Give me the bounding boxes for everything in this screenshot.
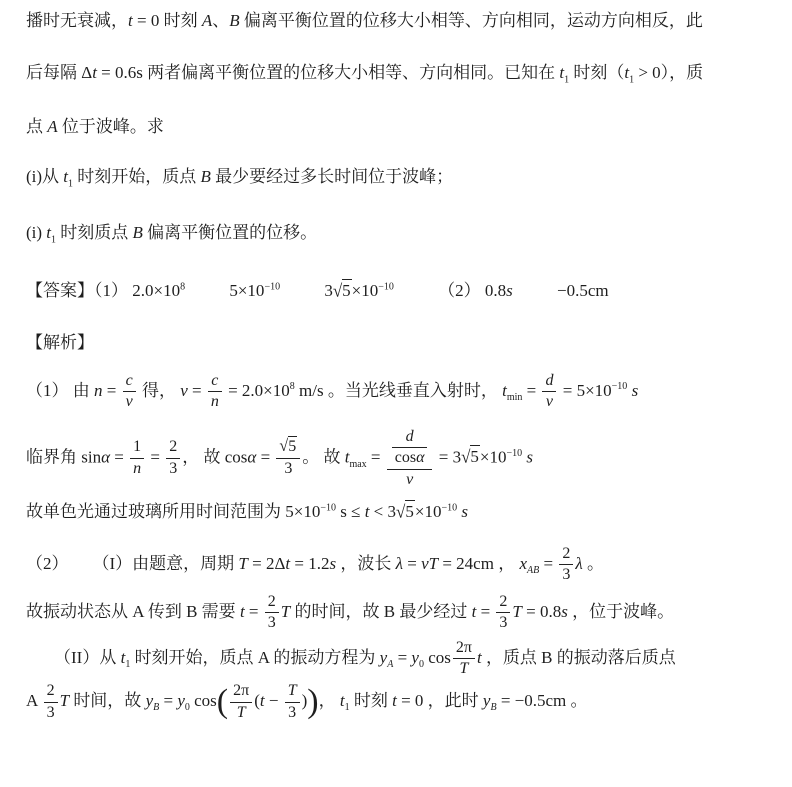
radicand: 5 xyxy=(470,445,480,466)
text-run: = xyxy=(539,554,557,573)
numerator: 2 xyxy=(265,593,279,613)
text-run: = xyxy=(522,381,540,400)
radical-sign: √ xyxy=(279,438,288,457)
document-page: 播时无衰减，t = 0 时刻 A、B 偏离平衡位置的位移大小相等、方向相同，运动… xyxy=(0,0,792,722)
answer-number-2: （2） xyxy=(438,281,481,300)
left-paren: ( xyxy=(217,683,228,720)
fraction-nested: dcosαv xyxy=(387,428,433,489)
text-run: （I）由题意，周期 xyxy=(93,554,239,573)
numerator: 2 xyxy=(496,593,510,613)
superscript: −10 xyxy=(612,381,628,392)
text-run: = 1.2 xyxy=(290,554,329,573)
fraction: √53 xyxy=(276,438,300,478)
denominator: v xyxy=(123,392,136,411)
answer-value: ×10 xyxy=(352,281,379,300)
solution-part1-line3: 故单色光通过玻璃所用时间范围为 5×10−10 s ≤ t < 3√5×10−1… xyxy=(26,499,766,525)
text-run: 时间，故 xyxy=(69,691,146,710)
text-run: 。 故 xyxy=(302,447,345,466)
radicand: 5 xyxy=(405,500,415,521)
math-var: s xyxy=(457,502,468,521)
numerator: 2π xyxy=(230,682,252,702)
fraction: T3 xyxy=(285,682,300,722)
text-run: 播时无衰减， xyxy=(26,11,128,30)
denominator: cosα xyxy=(392,448,428,467)
text-run: = xyxy=(103,381,121,400)
answer-value: −0.5cm xyxy=(557,281,609,300)
paragraph-question-i: (i)从 t1 时刻开始，质点 B 最少要经过多长时间位于波峰； xyxy=(26,164,766,190)
text-run: 故振动状态从 A 传到 B 需要 xyxy=(26,602,240,621)
text-run: m/s 。当光线垂直入射时， xyxy=(295,381,502,400)
math-var: λ xyxy=(396,554,403,573)
text-run: = xyxy=(393,647,411,666)
math-var: T xyxy=(238,554,247,573)
math-var: B xyxy=(201,167,211,186)
text-run: 时刻（ xyxy=(569,63,624,82)
numerator: d xyxy=(542,372,556,392)
denominator: T xyxy=(230,703,252,722)
text-run: = 0 时刻 xyxy=(133,11,202,30)
text-run: 时刻质点 xyxy=(56,223,133,242)
text-run: ， 故 cos xyxy=(182,447,247,466)
numerator: c xyxy=(208,372,222,392)
radicand: 5 xyxy=(288,436,297,455)
text-run: 时刻 xyxy=(350,691,393,710)
solution-part1-line2: 临界角 sinα = 1n = 23， 故 cosα = √53。 故 tmax… xyxy=(26,428,766,489)
text-run: 偏离平衡位置的位移大小相等、方向相同，运动方向相反，此 xyxy=(240,11,703,30)
numerator: dcosα xyxy=(387,428,433,470)
text-run: 最少要经过多长时间位于波峰； xyxy=(211,167,453,186)
text-run: 位于波峰。求 xyxy=(58,117,164,136)
fraction: 2πT xyxy=(230,682,252,722)
text-run: = −0.5cm 。 xyxy=(497,691,588,710)
answer-number-1: （1） xyxy=(94,281,128,300)
fraction: 23 xyxy=(166,438,180,478)
numerator: 1 xyxy=(130,438,144,458)
denominator: v xyxy=(387,470,433,489)
text-run: 的时间，故 B 最少经过 xyxy=(290,602,471,621)
numerator: 2 xyxy=(166,438,180,458)
radical-sign: √ xyxy=(396,498,405,525)
denominator: 3 xyxy=(265,613,279,632)
math-var: B xyxy=(229,11,239,30)
text-run: 点 xyxy=(26,117,47,136)
text-run: = xyxy=(367,447,385,466)
answer-value: 2.0×10 xyxy=(132,281,180,300)
math-var: y xyxy=(177,691,185,710)
numerator: 2π xyxy=(453,639,475,659)
text-run: ，位于波峰。 xyxy=(568,602,674,621)
fraction: 23 xyxy=(496,593,510,633)
text-run: = 3 xyxy=(434,447,461,466)
text-run: 时刻开始，质点 A 的振动方程为 xyxy=(130,647,379,666)
superscript: 8 xyxy=(180,281,185,292)
paragraph-2: 后每隔 Δt = 0.6s 两者偏离平衡位置的位移大小相等、方向相同。已知在 t… xyxy=(26,60,766,86)
math-var: α xyxy=(247,447,256,466)
text-run: 得， xyxy=(138,381,181,400)
math-var: s xyxy=(627,381,638,400)
math-var: s xyxy=(561,602,568,621)
math-var: A xyxy=(202,11,212,30)
math-var: n xyxy=(94,381,103,400)
radical-sign: √ xyxy=(461,444,470,471)
text-run: = xyxy=(146,447,164,466)
sqrt: √5 xyxy=(333,281,352,300)
denominator: v xyxy=(542,392,556,411)
math-var: y xyxy=(411,647,419,666)
denominator: n xyxy=(208,392,222,411)
text-run: （1） 由 xyxy=(26,381,94,400)
sqrt: √5 xyxy=(279,438,297,455)
text-run: (i)从 xyxy=(26,167,63,186)
subscript: max xyxy=(349,459,366,470)
math-var: A xyxy=(47,117,57,136)
fraction: dv xyxy=(542,372,556,412)
answer-value: 0.8 xyxy=(485,281,506,300)
text-run: 故单色光通过玻璃所用时间范围为 5×10 xyxy=(26,502,320,521)
subscript: AB xyxy=(527,565,539,576)
text-run: < 3 xyxy=(369,502,396,521)
subscript: min xyxy=(507,392,523,403)
numerator: √5 xyxy=(276,438,300,458)
math-var: v xyxy=(180,381,188,400)
radicand: 5 xyxy=(342,279,352,300)
answer-value: 5×10 xyxy=(229,281,264,300)
fraction: 1n xyxy=(130,438,144,478)
text-run: 时刻开始，质点 xyxy=(73,167,201,186)
math-var: T xyxy=(512,602,521,621)
superscript: −10 xyxy=(441,502,457,513)
answer-value: 3 xyxy=(324,281,333,300)
text-run: (i) xyxy=(26,223,46,242)
text-run: ×10 xyxy=(415,502,442,521)
numerator: c xyxy=(123,372,136,392)
paragraph-3: 点 A 位于波峰。求 xyxy=(26,114,766,140)
analysis-label: 【解析】 xyxy=(26,330,766,356)
denominator: 3 xyxy=(166,459,180,478)
fraction: 23 xyxy=(265,593,279,633)
denominator: 3 xyxy=(559,565,573,584)
text-run: 、 xyxy=(212,11,229,30)
text-run: = xyxy=(110,447,128,466)
text-run: = 0.8 xyxy=(522,602,561,621)
sqrt: √5 xyxy=(461,447,480,466)
math-var: x xyxy=(519,554,527,573)
math-var: s xyxy=(522,447,533,466)
text-run: = xyxy=(403,554,421,573)
math-var: α xyxy=(101,447,110,466)
text-run: cos xyxy=(190,691,217,710)
sqrt: √5 xyxy=(396,502,415,521)
text-run: = xyxy=(476,602,494,621)
fraction: 23 xyxy=(44,682,58,722)
denominator: n xyxy=(130,459,144,478)
radical-sign: √ xyxy=(333,277,342,304)
text-run: A xyxy=(26,691,42,710)
paragraph-question-ii: (i) t1 时刻质点 B 偏离平衡位置的位移。 xyxy=(26,220,766,246)
numerator: T xyxy=(285,682,300,702)
solution-part2-line2: 故振动状态从 A 传到 B 需要 t = 23T 的时间，故 B 最少经过 t … xyxy=(26,593,766,633)
superscript: −10 xyxy=(378,281,394,292)
paragraph-1: 播时无衰减，t = 0 时刻 A、B 偏离平衡位置的位移大小相等、方向相同，运动… xyxy=(26,8,766,34)
solution-part2-line3: （II）从 t1 时刻开始，质点 A 的振动方程为 yA = y0 cos2πT… xyxy=(54,639,766,679)
right-paren: ) xyxy=(307,683,318,720)
text-run: > 0），质 xyxy=(634,63,703,82)
math-var: s xyxy=(506,281,513,300)
fraction: cn xyxy=(208,372,222,412)
text-run: = 2Δ xyxy=(248,554,286,573)
denominator: 3 xyxy=(496,613,510,632)
answer-line: 【答案】（1） 2.0×108 5×10−10 3√5×10−10 （2） 0.… xyxy=(26,278,766,304)
solution-part2-line1: （2）（I）由题意，周期 T = 2Δt = 1.2s ，波长 λ = vT =… xyxy=(26,545,766,585)
numerator: d xyxy=(392,428,428,448)
text-run: 临界角 sin xyxy=(26,447,101,466)
text-run: = xyxy=(188,381,206,400)
fraction: cv xyxy=(123,372,136,412)
fraction: 23 xyxy=(559,545,573,585)
text-run: ×10 xyxy=(480,447,507,466)
solution-part1-line1: （1） 由 n = cv 得， v = cn = 2.0×108 m/s 。当光… xyxy=(26,372,766,412)
text-run: = 24cm ， xyxy=(438,554,519,573)
text-run: ，波长 xyxy=(336,554,396,573)
text-run: = 0.6s 两者偏离平衡位置的位移大小相等、方向相同。已知在 xyxy=(97,63,559,82)
math-var: B xyxy=(133,223,143,242)
text-run: 偏离平衡位置的位移。 xyxy=(143,223,317,242)
math-var: T xyxy=(60,691,69,710)
denominator: 3 xyxy=(44,703,58,722)
answer-label: 【答案】 xyxy=(26,281,94,300)
text-run: = xyxy=(256,447,274,466)
text-run: 后每隔 Δ xyxy=(26,63,92,82)
text-run: （2） xyxy=(26,554,69,573)
text-run: ， xyxy=(319,691,340,710)
fraction: dcosα xyxy=(392,428,428,468)
text-run: cos xyxy=(424,647,451,666)
text-run: = 2.0×10 xyxy=(224,381,290,400)
text-run: （II）从 xyxy=(54,647,121,666)
solution-part2-line4: A 23T 时间，故 yB = y0 cos(2πT(t − T3))， t1 … xyxy=(26,682,766,722)
math-var: λ xyxy=(575,554,582,573)
math-var: T xyxy=(281,602,290,621)
superscript: −10 xyxy=(320,502,336,513)
numerator: 2 xyxy=(559,545,573,565)
text-run: = xyxy=(159,691,177,710)
text-run: = 5×10 xyxy=(558,381,611,400)
text-run: 。 xyxy=(583,554,604,573)
text-run: = xyxy=(245,602,263,621)
text-run: s ≤ xyxy=(336,502,365,521)
text-run: = 0 ，此时 xyxy=(397,691,483,710)
superscript: −10 xyxy=(264,281,280,292)
math-var: y xyxy=(146,691,154,710)
superscript: −10 xyxy=(507,448,523,459)
text-run: − xyxy=(265,691,283,710)
denominator: 3 xyxy=(276,459,300,478)
denominator: T xyxy=(453,659,475,678)
text-run: ，质点 B 的振动落后质点 xyxy=(482,647,676,666)
section-label: 【解析】 xyxy=(26,333,94,352)
fraction: 2πT xyxy=(453,639,475,679)
math-var: vT xyxy=(421,554,438,573)
denominator: 3 xyxy=(285,703,300,722)
numerator: 2 xyxy=(44,682,58,702)
